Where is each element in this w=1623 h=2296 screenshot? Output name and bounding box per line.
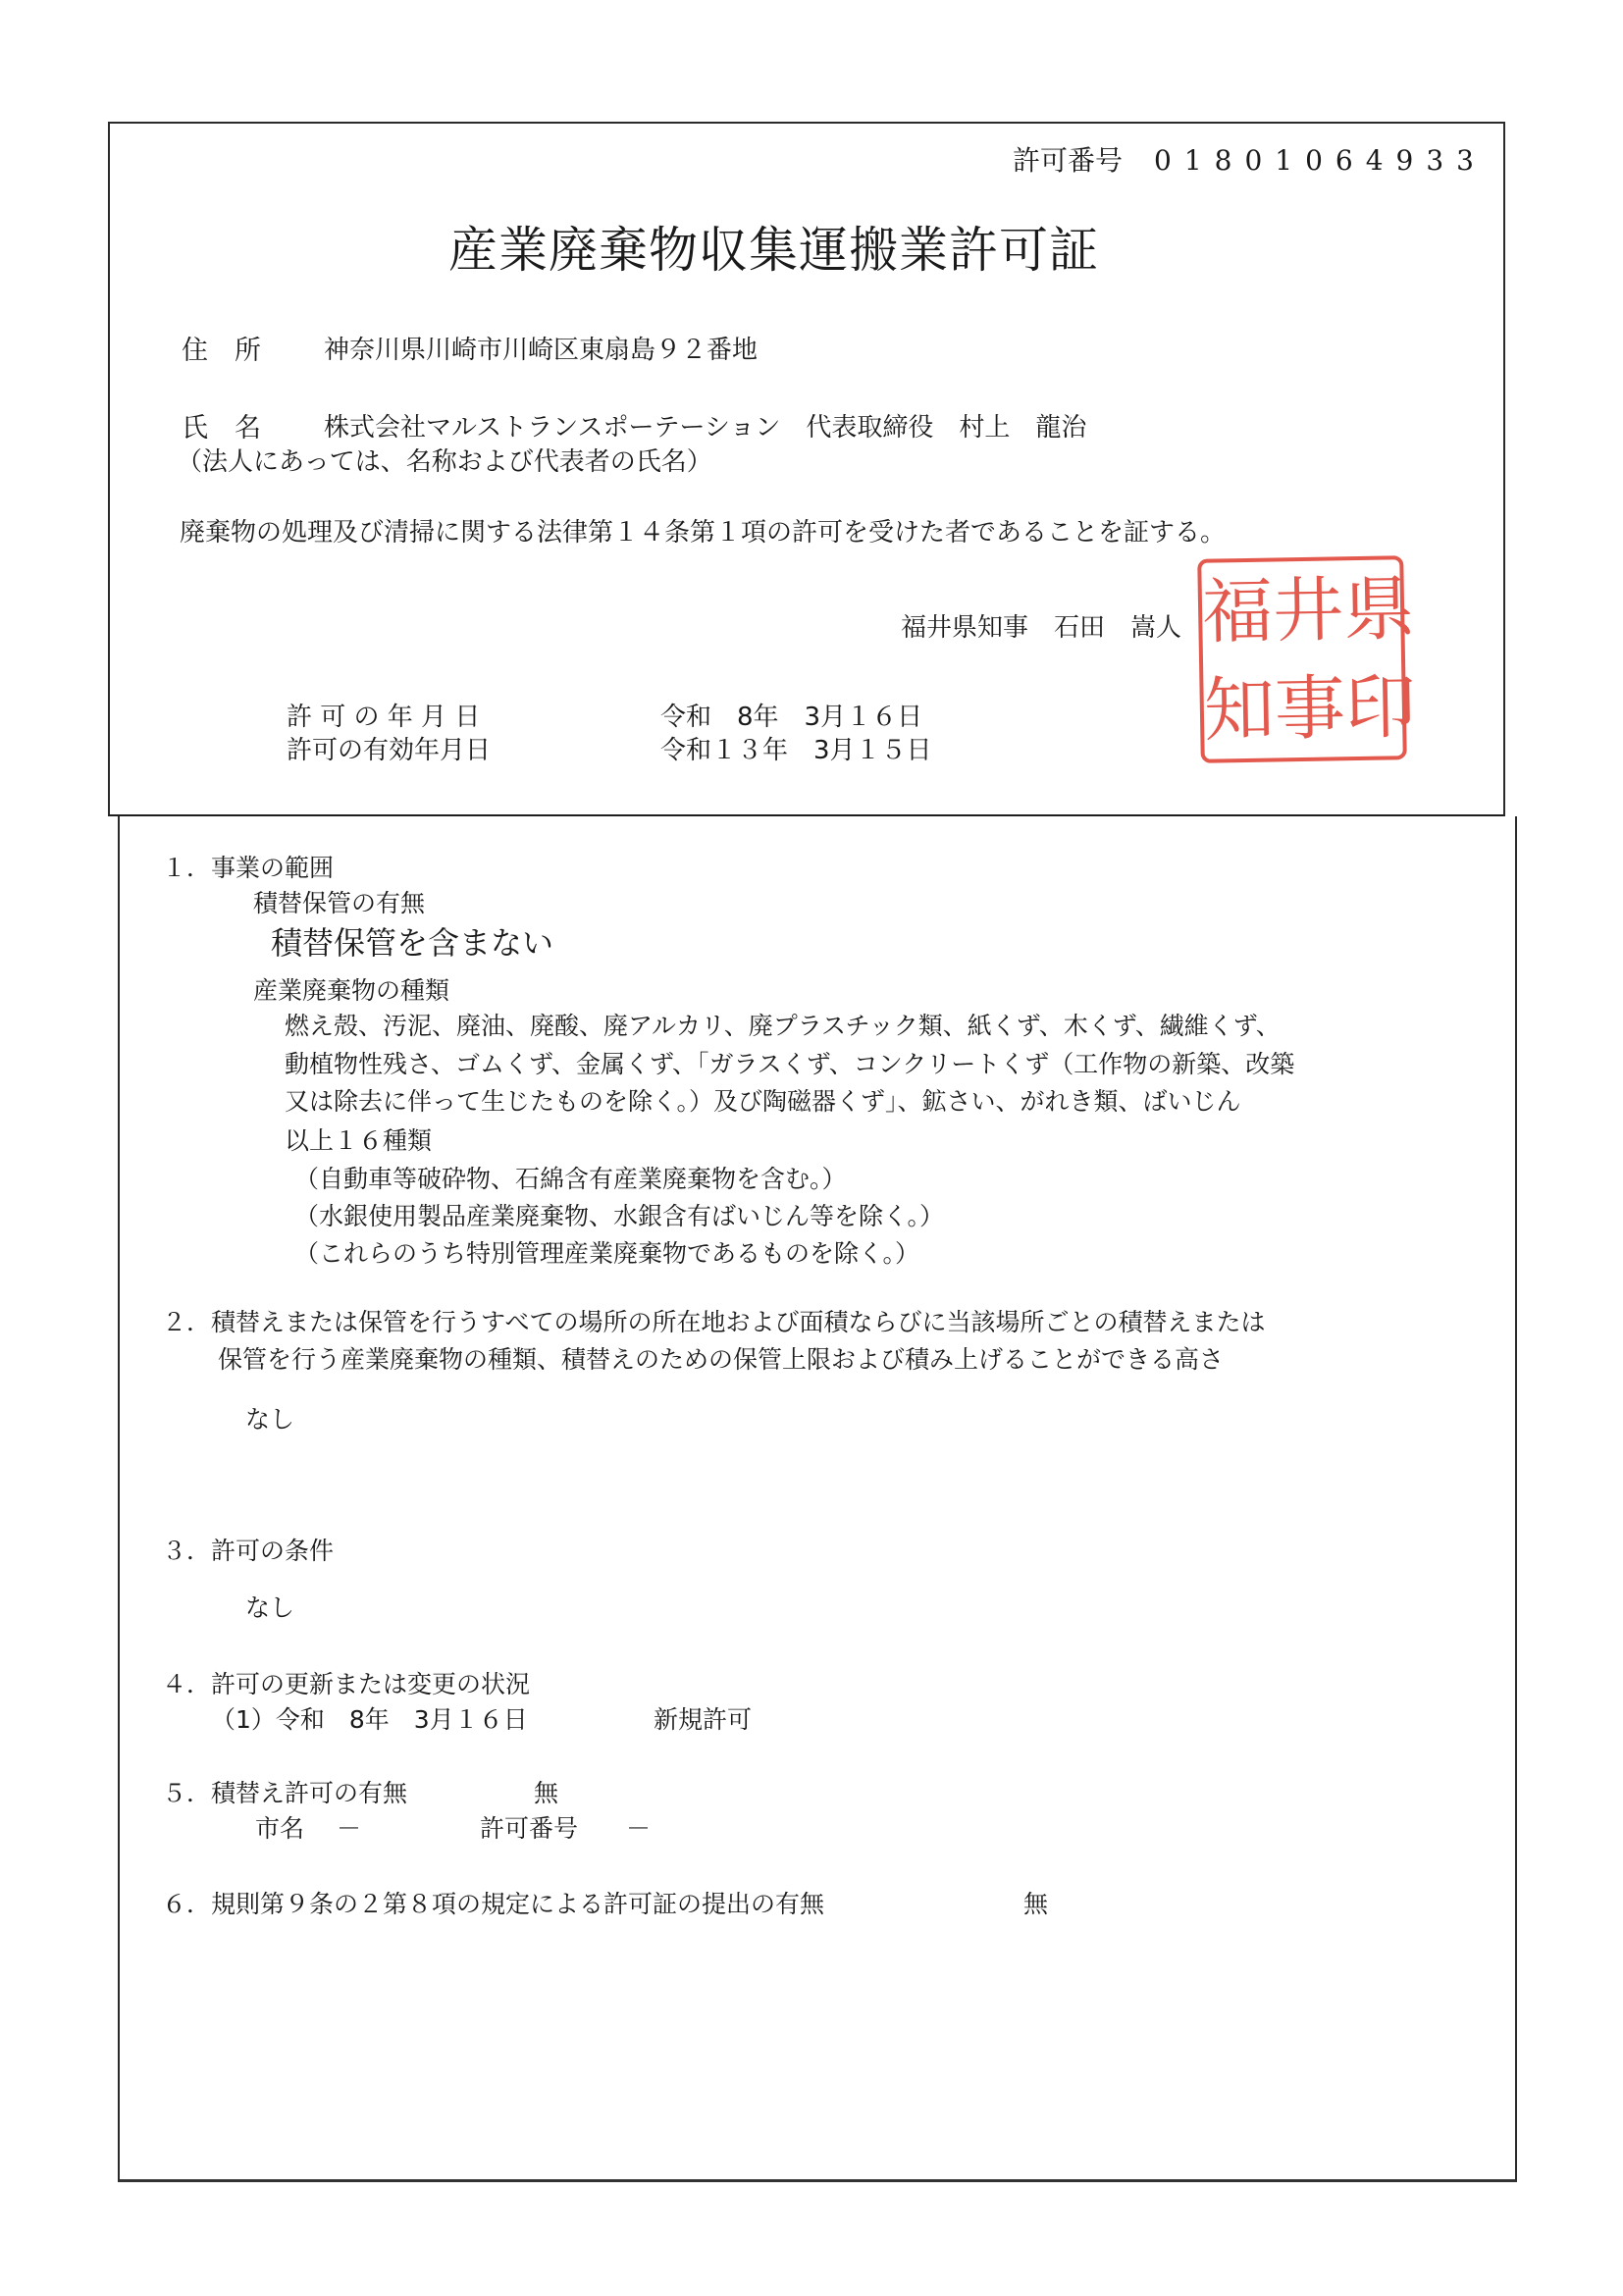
name-note: （法人にあっては、名称および代表者の氏名） xyxy=(177,449,712,475)
waste-types-note: （これらのうち特別管理産業廃棄物であるものを除く。） xyxy=(294,1241,919,1266)
section-2-heading-continued: 保管を行う産業廃棄物の種類、積替えのための保管上限および積み上げることができる高… xyxy=(218,1347,1224,1372)
waste-types-line: 燃え殻、汚泥、廃油、廃酸、廃アルカリ、廃プラスチック類、紙くず、木くず、繊維くず… xyxy=(285,1014,1281,1038)
name-value: 株式会社マルストランスポーテーション 代表取締役 村上 龍治 xyxy=(324,415,1086,441)
section-5-value: 無 xyxy=(534,1781,558,1805)
history-entry-date: （1）令和 8年 3月１６日 xyxy=(211,1707,528,1732)
permit-certificate-page: 許可番号01801064933 産業廃棄物収集運搬業許可証 住 所 神奈川県川崎… xyxy=(0,0,1623,2296)
section-2-heading: ２．積替えまたは保管を行うすべての場所の所在地および面積ならびに当該場所ごとの積… xyxy=(162,1310,1266,1334)
section-2-value: なし xyxy=(245,1407,294,1432)
permit-date-label: 許 可 の 年 月 日 xyxy=(287,704,480,730)
section-6-value: 無 xyxy=(1023,1892,1048,1916)
address-value: 神奈川県川崎市川崎区東扇島９２番地 xyxy=(324,338,758,363)
section-1-heading: １．事業の範囲 xyxy=(162,856,334,880)
section-3-value: なし xyxy=(245,1595,294,1620)
city-label: 市名 xyxy=(255,1816,304,1841)
document-title: 産業廃棄物収集運搬業許可証 xyxy=(448,226,1099,275)
seal-char: 印 xyxy=(1344,671,1416,743)
waste-types-total: 以上１６種類 xyxy=(285,1128,432,1153)
expiry-date-value: 令和１３年 3月１５日 xyxy=(660,738,932,763)
waste-types-line: 動植物性残さ、ゴムくず、金属くず、「ガラスくず、コンクリートくず（工作物の新築、… xyxy=(285,1052,1294,1076)
waste-types-note: （水銀使用製品産業廃棄物、水銀含有ばいじん等を除く。） xyxy=(294,1204,944,1228)
storage-label: 積替保管の有無 xyxy=(253,891,425,915)
seal-char: 事 xyxy=(1274,672,1345,744)
seal-char: 知 xyxy=(1203,674,1275,746)
address-label: 住 所 xyxy=(182,338,261,364)
transfer-permit-label: 許可番号 xyxy=(480,1816,578,1841)
transfer-permit-value: － xyxy=(626,1816,651,1841)
expiry-date-label: 許可の有効年月日 xyxy=(287,738,491,763)
seal-char: 井 xyxy=(1273,574,1344,646)
seal-char: 県 xyxy=(1343,573,1415,645)
permit-number-label: 許可番号 xyxy=(1013,144,1123,177)
permit-number: 許可番号01801064933 xyxy=(1013,147,1487,175)
city-value: － xyxy=(337,1816,361,1841)
history-entry-type: 新規許可 xyxy=(654,1707,752,1732)
storage-value: 積替保管を含まない xyxy=(271,927,553,959)
waste-types-line: 又は除去に伴って生じたものを除く。）及び陶磁器くず」、鉱さい、がれき類、ばいじん xyxy=(285,1089,1241,1114)
seal-char: 福 xyxy=(1202,576,1274,648)
waste-types-label: 産業廃棄物の種類 xyxy=(253,978,449,1003)
section-5-heading: ５．積替え許可の有無 xyxy=(162,1781,407,1805)
certification-text: 廃棄物の処理及び清掃に関する法律第１４条第１項の許可を受けた者であることを証する… xyxy=(180,520,1226,546)
section-3-heading: ３．許可の条件 xyxy=(162,1539,334,1563)
section-4-heading: ４．許可の更新または変更の状況 xyxy=(162,1672,530,1696)
name-label: 氏 名 xyxy=(182,415,261,442)
waste-types-note: （自動車等破砕物、石綿含有産業廃棄物を含む。） xyxy=(294,1167,847,1191)
issuer-name: 福井県知事 石田 嵩人 xyxy=(901,615,1181,641)
permit-number-value: 01801064933 xyxy=(1154,144,1487,177)
permit-date-value: 令和 8年 3月１６日 xyxy=(660,704,922,730)
governor-seal-stamp: 県 井 福 印 事 知 xyxy=(1197,555,1407,763)
section-6-heading: ６．規則第９条の２第８項の規定による許可証の提出の有無 xyxy=(162,1892,824,1916)
